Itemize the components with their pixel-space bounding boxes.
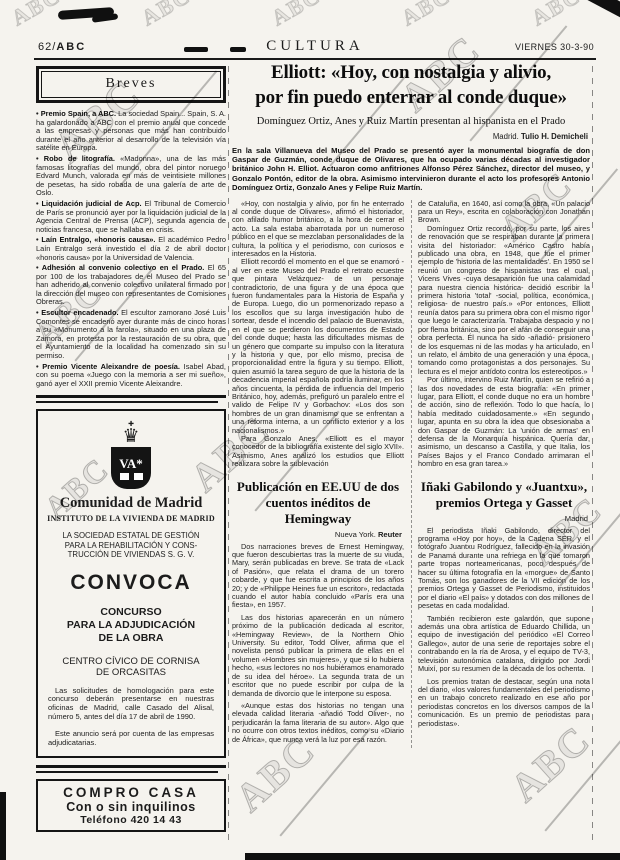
emblem-text: VA* [119,457,143,470]
article-byline: Madrid. Tulio H. Demicheli [232,132,590,141]
scan-edge-bar [245,853,620,860]
byline-city: Madrid. [493,132,519,141]
article-paragraph: Elliott recordó el momento en el que se … [232,258,404,435]
hemingway-headline: Publicación en EE.UU de dos cuentos inéd… [232,479,404,527]
hemingway-article: Publicación en EE.UU de dos cuentos inéd… [232,479,404,744]
left-column: Breves Premio Spain, a ABC. La sociedad … [36,66,226,832]
column-rule [592,66,593,846]
breves-title: Breves [41,71,221,98]
newspaper-page: ABC ABC ABC ABC ABC ABC ABC ABC ABC ABC … [0,0,620,860]
hemingway-body: Dos narraciones breves de Ernest Hemingw… [232,543,404,744]
article-paragraph: «Aunque estas dos historias no tengan un… [232,702,404,744]
shield-icon: VA* [111,447,151,489]
crown-icon: ♛ [44,427,218,446]
article-subhead: Domínguez Ortiz, Anes y Ruiz Martín pres… [232,116,590,127]
article-paragraph: Por último, intervino Ruiz Martín, quien… [418,376,590,468]
ad-compro-title: COMPRO CASA [40,785,222,800]
breves-item: Adhesión al convenio colectivo en el Pra… [36,264,226,307]
article-column-left: «Hoy, con nostalgia y alivio, por fin he… [232,200,412,748]
breves-item-text: El escultor zamorano José Luis Comontes … [36,308,226,360]
ad-convoca-label: CONVOCA [44,571,218,595]
ad-paragraph: Este anuncio será por cuenta de las empr… [48,730,214,748]
article-paragraph: Para Gonzalo Anes, «Elliott es el mayor … [232,435,404,469]
article-paragraph: Las dos historias aparecerán en un númer… [232,614,404,698]
abc-watermark: ABC [137,0,195,31]
ad-compro-subtitle: Con o sin inquilinos [40,800,222,814]
section-divider [36,765,226,773]
breves-item: Premio Spain, a ABC. La sociedad Spain..… [36,110,226,153]
article-paragraph: El periodista Iñaki Gabilondo, director … [418,527,590,611]
ad-paragraph: Las solicitudes de homologación para est… [48,687,214,722]
abc-watermark: ABC [7,0,65,31]
ink-mark [184,47,208,52]
page-date: VIERNES 30-3-90 [515,42,594,52]
byline-agency: Reuter [378,530,402,539]
article-column-right: de Cataluña, en 1640, así como la obra, … [412,200,590,748]
ink-mark [230,47,246,52]
castles-icon [120,473,143,480]
article-columns: «Hoy, con nostalgia y alivio, por fin he… [232,200,590,748]
abc-watermark: ABC [527,0,585,31]
abc-watermark: ABC [397,0,455,31]
breves-item: Liquidación judicial de Acp. El Tribunal… [36,200,226,234]
breves-list: Premio Spain, a ABC. La sociedad Spain..… [36,110,226,388]
elliott-body-left: «Hoy, con nostalgia y alivio, por fin he… [232,200,404,469]
breves-item: Robo de litografía. «Madonna», una de la… [36,155,226,198]
ad-contest-label: CONCURSO PARA LA ADJUDICACIÓN DE LA OBRA [44,606,218,645]
article-paragraph: Los premios tratan de destacar, según un… [418,678,590,728]
main-article: Elliott: «Hoy, con nostalgia y alivio, p… [232,60,590,748]
article-paragraph: «Hoy, con nostalgia y alivio, por fin he… [232,200,404,259]
breves-item: Premio Vicente Aleixandre de poesía. Isa… [36,363,226,389]
ad-society-name: LA SOCIEDAD ESTATAL DE GESTIÓN PARA LA R… [44,531,218,559]
hemingway-byline: Nueva York. Reuter [232,530,402,539]
ad-org-name: Comunidad de Madrid [44,495,218,512]
byline-city: Nueva York. [335,530,376,539]
abc-watermark: ABC [267,0,325,31]
article-headline: Elliott: «Hoy, con nostalgia y alivio, p… [232,60,590,110]
gabilondo-article: Iñaki Gabilondo y «Juantxu», premios Ort… [418,479,590,728]
breves-item: Escultor encadenado. El escultor zamoran… [36,309,226,361]
ad-compro-phone: Teléfono 420 14 43 [40,814,222,826]
lead-paragraph: En la sala Villanueva del Museo del Prad… [232,146,590,192]
scan-corner-mark [587,0,620,19]
article-paragraph: Dos narraciones breves de Ernest Hemingw… [232,543,404,610]
column-rule [228,66,229,846]
breves-box: Breves [36,66,226,103]
gabilondo-headline: Iñaki Gabilondo y «Juantxu», premios Ort… [418,479,590,511]
section-divider [36,395,226,403]
ad-work-label: CENTRO CÍVICO DE CORNISA DE ORCASITAS [44,656,218,679]
masthead: 62/ABC CULTURA VIERNES 30-3-90 [36,38,594,56]
article-paragraph: Domínguez Ortiz recordó, por su parte, l… [418,225,590,376]
breves-item: Laín Entralgo, «honoris causa». El acadé… [36,236,226,262]
ad-compro-casa: COMPRO CASA Con o sin inquilinos Teléfon… [36,779,226,832]
section-title: CULTURA [36,38,594,55]
article-paragraph: de Cataluña, en 1640, así como la obra, … [418,200,590,225]
madrid-coat-of-arms: ✚ ♛ VA* [44,421,218,489]
ad-institute-name: INSTITUTO DE LA VIVIENDA DE MADRID [44,514,218,523]
scan-edge-bar [0,792,6,860]
elliott-body-right: de Cataluña, en 1640, así como la obra, … [418,200,590,469]
byline-author: Tulio H. Demicheli [521,132,588,141]
gabilondo-byline: Madrid [418,514,588,523]
ad-comunidad-madrid: ✚ ♛ VA* Comunidad de Madrid INSTITUTO DE… [36,409,226,758]
article-paragraph: También recibieron este galardón, que su… [418,615,590,674]
gabilondo-body: El periodista Iñaki Gabilondo, director … [418,527,590,728]
